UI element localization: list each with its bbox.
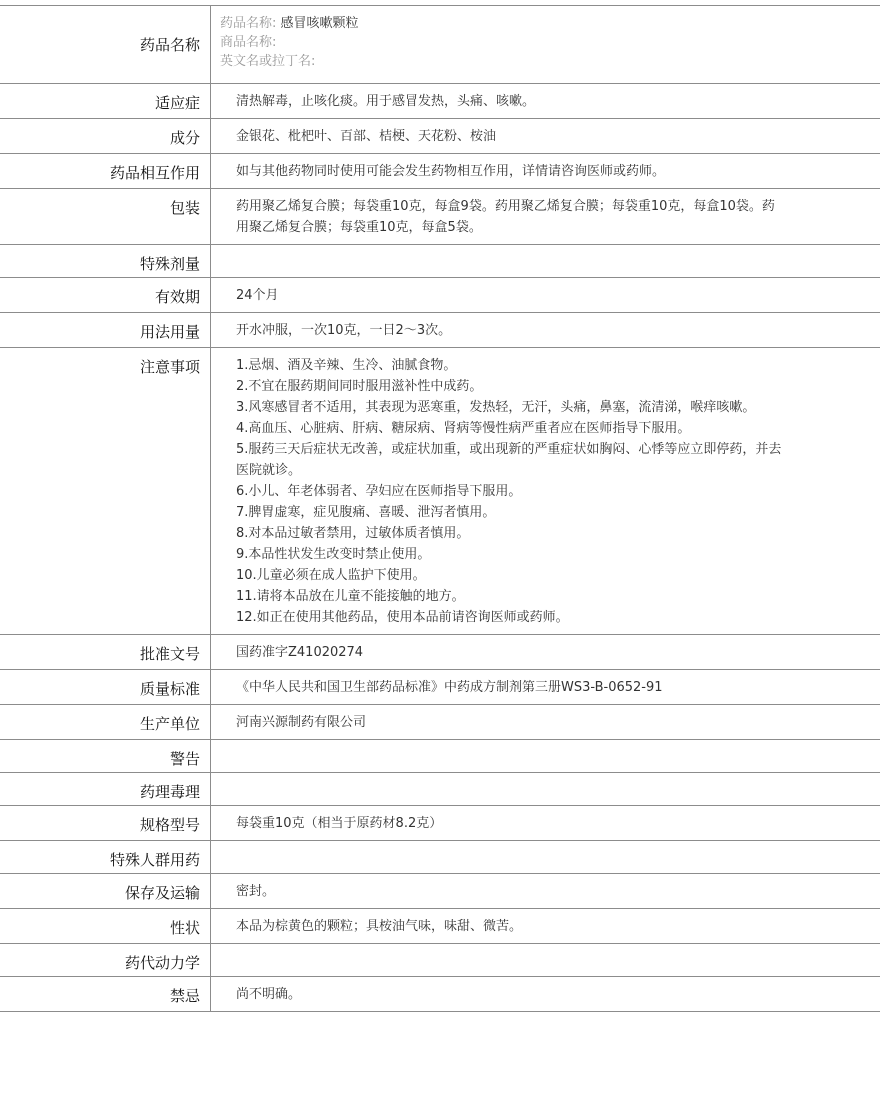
value-text: 24个月 [236,285,786,306]
precaution-item: 12.如正在使用其他药品，使用本品前请咨询医师或药师。 [236,607,786,628]
row-drug-name: 药品名称 药品名称: 感冒咳嗽颗粒 商品名称: 英文名或拉丁名: [0,6,880,84]
precaution-item: 9.本品性状发生改变时禁止使用。 [236,544,786,565]
row-label: 药代动力学 [0,944,211,977]
row-value: 本品为棕黄色的颗粒；具桉油气味，味甜、微苦。 [211,909,880,944]
row-value: 尚不明确。 [211,977,880,1012]
row-value: 金银花、枇杷叶、百部、桔梗、天花粉、桉油 [211,119,880,154]
row-description: 性状本品为棕黄色的颗粒；具桉油气味，味甜、微苦。 [0,909,880,944]
row-quality-standard: 质量标准《中华人民共和国卫生部药品标准》中药成方制剂第三册WS3-B-0652-… [0,670,880,705]
precautions-list: 1.忌烟、酒及辛辣、生冷、油腻食物。 2.不宜在服药期间同时服用滋补性中成药。 … [211,348,880,635]
precaution-item: 3.风寒感冒者不适用，其表现为恶寒重，发热轻，无汗，头痛，鼻塞，流清涕，喉痒咳嗽… [236,397,786,418]
row-label: 特殊剂量 [0,245,211,278]
row-label: 批准文号 [0,635,211,670]
row-storage: 保存及运输密封。 [0,874,880,909]
value-text: 河南兴源制药有限公司 [236,712,786,733]
generic-name-line: 药品名称: 感冒咳嗽颗粒 [220,14,880,33]
row-approval-number: 批准文号国药准字Z41020274 [0,635,880,670]
drug-info-table: 药品名称 药品名称: 感冒咳嗽颗粒 商品名称: 英文名或拉丁名: 适应症清热解毒… [0,5,880,1012]
row-pharmacokinetics: 药代动力学 [0,944,880,977]
generic-name-value: 感冒咳嗽颗粒 [281,16,359,31]
field-key: 商品名称: [220,35,276,50]
trade-name-line: 商品名称: [220,33,880,52]
row-label: 药品名称 [0,6,211,84]
row-value: 药用聚乙烯复合膜；每袋重10克，每盒9袋。药用聚乙烯复合膜；每袋重10克，每盒1… [211,189,880,245]
row-label: 成分 [0,119,211,154]
row-label: 性状 [0,909,211,944]
precaution-item: 4.高血压、心脏病、肝病、糖尿病、肾病等慢性病严重者应在医师指导下服用。 [236,418,786,439]
row-dosage: 用法用量开水冲服，一次10克，一日2～3次。 [0,313,880,348]
row-value: 清热解毒，止咳化痰。用于感冒发热，头痛、咳嗽。 [211,84,880,119]
row-label: 药品相互作用 [0,154,211,189]
value-text: 药用聚乙烯复合膜；每袋重10克，每盒9袋。药用聚乙烯复合膜；每袋重10克，每盒1… [236,196,786,238]
row-label: 保存及运输 [0,874,211,909]
row-value: 《中华人民共和国卫生部药品标准》中药成方制剂第三册WS3-B-0652-91 [211,670,880,705]
drug-name-values: 药品名称: 感冒咳嗽颗粒 商品名称: 英文名或拉丁名: [211,6,880,84]
row-special-dosage: 特殊剂量 [0,245,880,278]
row-value: 24个月 [211,278,880,313]
row-shelf-life: 有效期24个月 [0,278,880,313]
row-pharmacology: 药理毒理 [0,773,880,806]
row-manufacturer: 生产单位河南兴源制药有限公司 [0,705,880,740]
field-key: 英文名或拉丁名: [220,54,315,69]
precaution-item: 11.请将本品放在儿童不能接触的地方。 [236,586,786,607]
row-label: 特殊人群用药 [0,841,211,874]
precaution-item: 6.小儿、年老体弱者、孕妇应在医师指导下服用。 [236,481,786,502]
row-precautions: 注意事项 1.忌烟、酒及辛辣、生冷、油腻食物。 2.不宜在服药期间同时服用滋补性… [0,348,880,635]
row-specification: 规格型号每袋重10克（相当于原药材8.2克） [0,806,880,841]
value-text: 密封。 [236,881,786,902]
value-text: 每袋重10克（相当于原药材8.2克） [236,813,786,834]
row-contraindications: 禁忌尚不明确。 [0,977,880,1012]
row-value: 每袋重10克（相当于原药材8.2克） [211,806,880,841]
row-label: 药理毒理 [0,773,211,806]
row-warning: 警告 [0,740,880,773]
row-ingredients: 成分金银花、枇杷叶、百部、桔梗、天花粉、桉油 [0,119,880,154]
row-label: 注意事项 [0,348,211,635]
precaution-item: 8.对本品过敏者禁用，过敏体质者慎用。 [236,523,786,544]
row-label: 生产单位 [0,705,211,740]
row-label: 警告 [0,740,211,773]
value-text: 《中华人民共和国卫生部药品标准》中药成方制剂第三册WS3-B-0652-91 [236,677,786,698]
value-text: 如与其他药物同时使用可能会发生药物相互作用，详情请咨询医师或药师。 [236,161,786,182]
precaution-item: 5.服药三天后症状无改善，或症状加重，或出现新的严重症状如胸闷、心悸等应立即停药… [236,439,786,481]
row-value [211,773,880,806]
row-value [211,841,880,874]
row-special-populations: 特殊人群用药 [0,841,880,874]
row-label: 质量标准 [0,670,211,705]
precaution-item: 1.忌烟、酒及辛辣、生冷、油腻食物。 [236,355,786,376]
row-value: 河南兴源制药有限公司 [211,705,880,740]
latin-name-line: 英文名或拉丁名: [220,52,880,71]
value-text: 清热解毒，止咳化痰。用于感冒发热，头痛、咳嗽。 [236,91,786,112]
row-label: 适应症 [0,84,211,119]
precaution-item: 2.不宜在服药期间同时服用滋补性中成药。 [236,376,786,397]
row-label: 禁忌 [0,977,211,1012]
row-value: 开水冲服，一次10克，一日2～3次。 [211,313,880,348]
row-value [211,740,880,773]
value-text: 尚不明确。 [236,984,786,1005]
row-label: 包装 [0,189,211,245]
row-label: 有效期 [0,278,211,313]
precaution-item: 7.脾胃虚寒，症见腹痛、喜暖、泄泻者慎用。 [236,502,786,523]
row-label: 用法用量 [0,313,211,348]
row-label: 规格型号 [0,806,211,841]
row-packaging: 包装药用聚乙烯复合膜；每袋重10克，每盒9袋。药用聚乙烯复合膜；每袋重10克，每… [0,189,880,245]
field-key: 药品名称: [220,16,276,31]
row-interactions: 药品相互作用如与其他药物同时使用可能会发生药物相互作用，详情请咨询医师或药师。 [0,154,880,189]
row-value [211,245,880,278]
value-text: 开水冲服，一次10克，一日2～3次。 [236,320,786,341]
row-value: 国药准字Z41020274 [211,635,880,670]
precaution-item: 10.儿童必须在成人监护下使用。 [236,565,786,586]
drug-info-sheet: 药品名称 药品名称: 感冒咳嗽颗粒 商品名称: 英文名或拉丁名: 适应症清热解毒… [0,5,880,1012]
row-value: 如与其他药物同时使用可能会发生药物相互作用，详情请咨询医师或药师。 [211,154,880,189]
row-indications: 适应症清热解毒，止咳化痰。用于感冒发热，头痛、咳嗽。 [0,84,880,119]
row-value [211,944,880,977]
value-text: 本品为棕黄色的颗粒；具桉油气味，味甜、微苦。 [236,916,786,937]
value-text: 金银花、枇杷叶、百部、桔梗、天花粉、桉油 [236,126,786,147]
value-text: 国药准字Z41020274 [236,642,786,663]
row-value: 密封。 [211,874,880,909]
